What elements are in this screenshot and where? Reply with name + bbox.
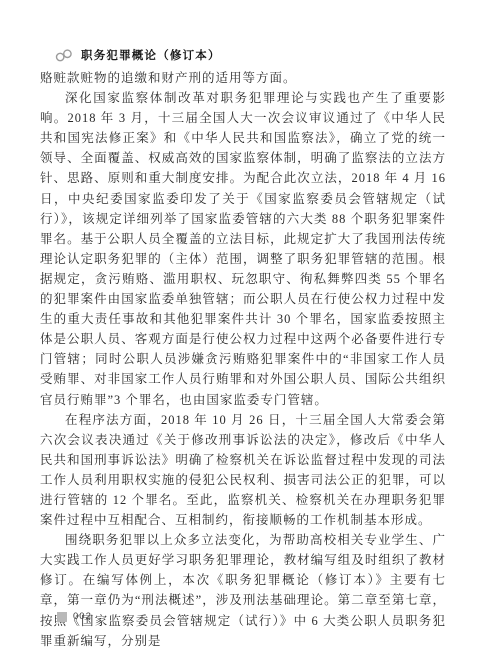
page-header: 职务犯罪概论（修订本）: [55, 47, 221, 63]
book-title: 职务犯罪概论（修订本）: [81, 47, 221, 63]
book-page: 职务犯罪概论（修订本） 赂赃款赃物的追缴和财产刑的适用等方面。 深化国家监察体制…: [0, 0, 482, 652]
paragraph: 围绕职务犯罪以上众多立法变化，为帮助高校相关专业学生、广大实践工作人员更好学习职…: [40, 530, 446, 651]
page-body: 赂赃款赃物的追缴和财产刑的适用等方面。 深化国家监察体制改革对职务犯罪理论与实践…: [40, 68, 446, 651]
paragraph: 深化国家监察体制改革对职务犯罪理论与实践也产生了重要影响。2018 年 3 月，…: [40, 88, 446, 410]
page-number-marker: [57, 612, 67, 622]
handcuffs-icon: [55, 49, 73, 62]
paragraph: 在程序法方面，2018 年 10 月 26 日，十三届全国人大常委会第六次会议表…: [40, 410, 446, 531]
paragraph-continuation: 赂赃款赃物的追缴和财产刑的适用等方面。: [40, 68, 446, 88]
page-footer: 002: [57, 611, 92, 622]
page-number: 002: [73, 611, 92, 622]
